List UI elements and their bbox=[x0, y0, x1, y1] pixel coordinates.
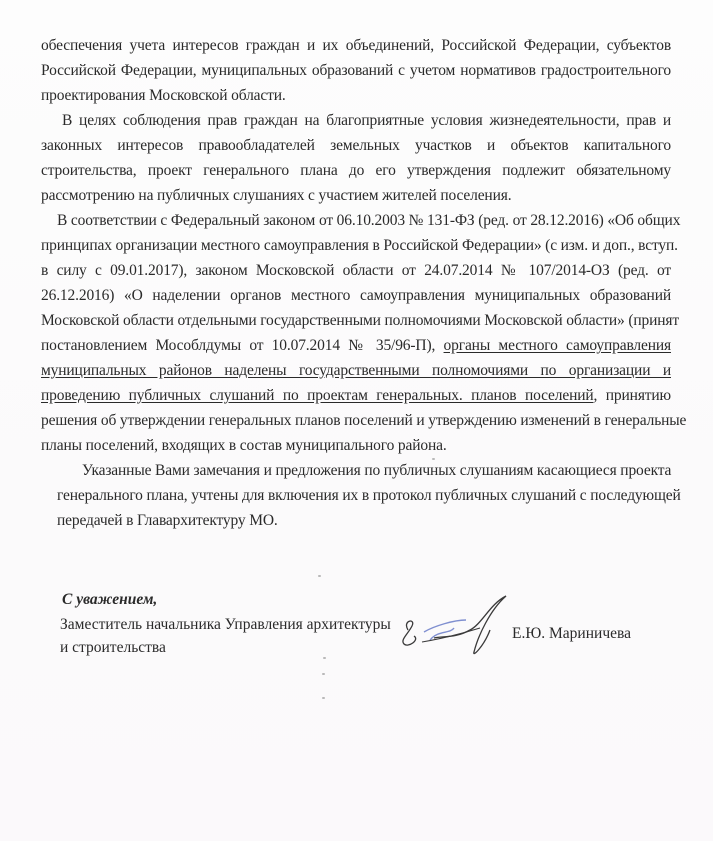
text-line: В целях соблюдения прав граждан на благо… bbox=[62, 111, 671, 131]
text-line: передачей в Главархитектуру МО. bbox=[57, 511, 687, 531]
position-title-continued: и строительства bbox=[60, 638, 166, 658]
text-line: Российской Федерации, муниципальных обра… bbox=[41, 61, 671, 81]
text-line: 26.12.2016) «О наделении органов местног… bbox=[41, 286, 671, 306]
underlined-text: муниципальных районов наделены государст… bbox=[41, 362, 671, 379]
signatory-name: Е.Ю. Мариничева bbox=[512, 624, 631, 644]
scan-speck bbox=[322, 673, 325, 675]
text-line: Московской области отдельными государств… bbox=[41, 311, 671, 331]
text-line: В соответствии с Федеральный законом от … bbox=[57, 211, 671, 231]
text-line: в силу с 09.01.2017), законом Московской… bbox=[41, 261, 671, 281]
plain-text: постановлением Мособлдумы от 10.07.2014 … bbox=[41, 337, 444, 354]
text-line: строительства, проект генерального плана… bbox=[41, 161, 671, 181]
text-line: постановлением Мособлдумы от 10.07.2014 … bbox=[41, 336, 671, 356]
text-line: принципах организации местного самоуправ… bbox=[41, 236, 671, 256]
text-line: обеспечения учета интересов граждан и их… bbox=[41, 36, 671, 56]
text-line: планы поселений, входящих в состав муниц… bbox=[41, 436, 671, 456]
scan-speck bbox=[318, 575, 321, 577]
text-line: проведению публичных слушаний по проекта… bbox=[41, 386, 671, 406]
text-line: рассмотрению на публичных слушаниях с уч… bbox=[41, 186, 671, 206]
signature-icon bbox=[394, 590, 514, 660]
scanned-letter-page: обеспечения учета интересов граждан и их… bbox=[0, 0, 713, 841]
text-line: решения об утверждении генеральных плано… bbox=[41, 411, 671, 431]
salutation: С уважением, bbox=[62, 590, 157, 610]
scan-speck bbox=[432, 458, 435, 460]
text-line: проектирования Московской области. bbox=[41, 86, 671, 106]
scan-speck bbox=[323, 657, 326, 659]
text-line: муниципальных районов наделены государст… bbox=[41, 361, 671, 381]
text-line: законных интересов правообладателей земе… bbox=[41, 136, 671, 156]
text-line: генерального плана, учтены для включения… bbox=[57, 486, 671, 506]
underlined-text: органы местного самоуправления bbox=[444, 337, 671, 354]
text-line: Указанные Вами замечания и предложения п… bbox=[82, 461, 671, 481]
plain-text: , принятию bbox=[594, 387, 671, 404]
position-title: Заместитель начальника Управления архите… bbox=[60, 615, 391, 635]
scan-speck bbox=[322, 697, 325, 699]
underlined-text: проведению публичных слушаний по проекта… bbox=[41, 387, 594, 404]
